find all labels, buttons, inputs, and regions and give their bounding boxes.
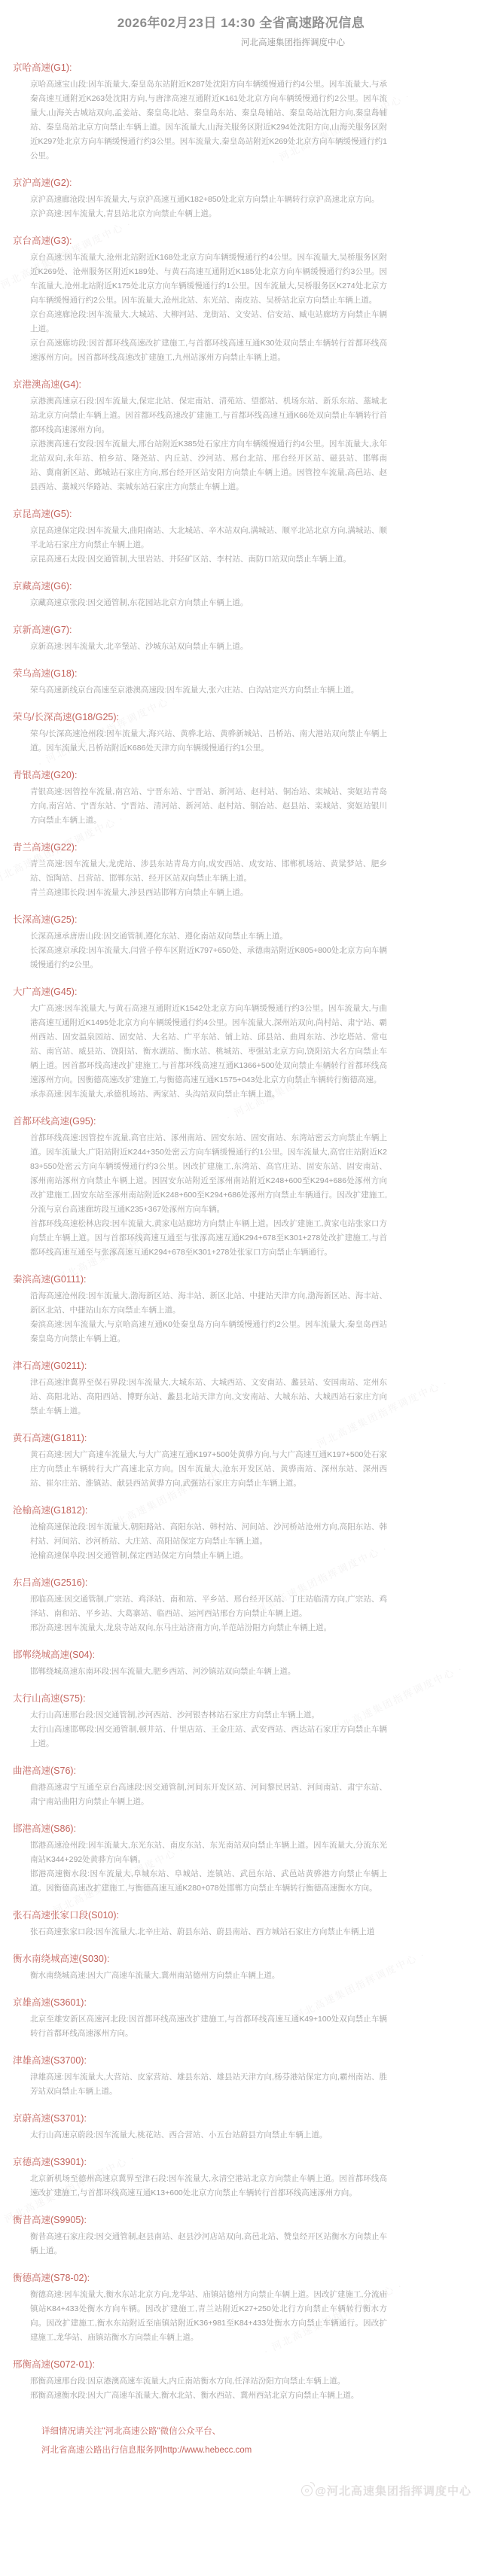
section-paragraph: 太行山高速京蔚段:因车流量大,桃花站、西合营站、小五台站蔚县方向禁止车辆上道。 [30,2128,387,2143]
highway-section: 东吕高速(G2516):邢临高速:因交通管制,广宗站、鸡泽站、南和站、平乡站、邢… [0,1575,482,1635]
section-paragraph: 曲港高速肃宁互通至京台高速段:因交通管制,河间东开发区站、河间黎民居站、河间南站… [30,1781,387,1809]
section-paragraph: 邢临高速:因交通管制,广宗站、鸡泽站、南和站、平乡站、邢台经开区站、丁庄站临清方… [30,1592,387,1621]
section-paragraph: 长深高速京承段:因车流量大,闫营子停车区附近K797+650处、承德南站附近K8… [30,944,387,972]
section-title: 衡水南绕城高速(S030): [13,1951,482,1965]
section-title: 秦滨高速(G0111): [13,1272,482,1285]
section-title: 东吕高速(G2516): [13,1575,482,1589]
section-title: 曲港高速(S76): [13,1763,482,1777]
section-title: 京沪高速(G2): [13,175,482,189]
highway-section: 京蔚高速(S3701):太行山高速京蔚段:因车流量大,桃花站、西合营站、小五台站… [0,2111,482,2143]
section-paragraph: 沿海高速沧州段:因车流量大,渤海新区站、海丰站、新区北站、中捷站天津方向,渤海新… [30,1289,387,1318]
section-paragraph: 京港澳高速石安段:因车流量大,邢台站附近K385处石家庄方向车辆缓慢通行约4公里… [30,437,387,494]
section-paragraph: 津石高速津冀界至保石界段:因车流量大,大城东站、大城西站、文安南站、蠡县站、安国… [30,1376,387,1419]
highway-section: 京港澳高速(G4):京港澳高速京石段:因车流量大,保定北站、保定南站、清苑站、望… [0,377,482,494]
section-title: 邯郸绕城高速(S04): [13,1647,482,1661]
section-title: 青兰高速(G22): [13,840,482,853]
section-title: 京德高速(S3901): [13,2155,482,2168]
section-paragraph: 承赤高速:因车流量大,承德机场站、两家站、头沟站双向禁止车辆上道。 [30,1087,387,1102]
highway-section: 邯港高速(S86):邯港高速沧州段:因车流量大,东光东站、南皮东站、东光南站双向… [0,1821,482,1896]
section-paragraph: 荣乌/长深高速沧州段:因车流量大,海兴站、黄骅北站、黄骅新城站、吕桥站、南大港站… [30,727,387,756]
highway-section: 衡水南绕城高速(S030):衡水南绕城高速:因大广高速车流量大,冀州南站德州方向… [0,1951,482,1983]
footer-website-link[interactable]: 河北省高速公路出行信息服务网http://www.hebecc.com [41,2441,482,2460]
section-paragraph: 黄石高速:因大广高速车流量大,与大广高速互通K197+500处黄骅方向,与大广高… [30,1448,387,1491]
section-paragraph: 衡德高速:因车流量大,衡水东站北京方向,龙华站、庙镇站德州方向禁止车辆上道。因改… [30,2288,387,2345]
section-paragraph: 首都环线高速松林店段:因车流量大,黄家屯站廊坊方向禁止车辆上道。因改扩建施工,黄… [30,1217,387,1260]
section-paragraph: 京昆高速保定段:因车流量大,曲阳南站、大北城站、辛木站双向,满城站、顺平北站北京… [30,524,387,552]
highway-section: 津雄高速(S3700):津雄高速:因车流量大,大营站、皮家营站、雄县东站、雄县站… [0,2053,482,2099]
sections-container: 京哈高速(G1):京哈高速宝山段:因车流量大,秦皇岛东站附近K287处沈阳方向车… [0,60,482,2403]
section-paragraph: 京新高速:因车流量大,北辛堡站、沙城东站双向禁止车辆上道。 [30,640,387,654]
section-paragraph: 邢衡高速邢台段:因京港澳高速车流量大,内丘南站衡水方向,任泽站汾阳方向禁止车辆上… [30,2374,387,2389]
section-paragraph: 青兰高速邯长段:因车流量大,涉县西站邯郸方向禁止车辆上道。 [30,886,387,900]
section-paragraph: 京沪高速:因车流量大,青县站北京方向禁止车辆上道。 [30,207,387,221]
section-paragraph: 邯郸绕城高速东南环段:因车流量大,肥乡西站、河沙镇站双向禁止车辆上道。 [30,1665,387,1679]
highway-section: 津石高速(G0211):津石高速津冀界至保石界段:因车流量大,大城东站、大城西站… [0,1358,482,1419]
section-paragraph: 京藏高速京张段:因交通管制,东花园站北京方向禁止车辆上道。 [30,596,387,610]
section-paragraph: 邢汾高速:因车流量大,龙泉寺站双向,东马庄站济南方向,羊范站汾阳方向禁止车辆上道… [30,1621,387,1635]
highway-section: 京新高速(G7):京新高速:因车流量大,北辛堡站、沙城东站双向禁止车辆上道。 [0,622,482,654]
highway-section: 京藏高速(G6):京藏高速京张段:因交通管制,东花园站北京方向禁止车辆上道。 [0,579,482,610]
section-title: 衡德高速(S78-02): [13,2270,482,2284]
highway-section: 京德高速(S3901):北京新机场至德州高速京冀界至津石段:因车流量大,永清空港… [0,2155,482,2200]
section-title: 京新高速(G7): [13,622,482,636]
section-paragraph: 北京新机场至德州高速京冀界至津石段:因车流量大,永清空港站北京方向禁止车辆上道。… [30,2172,387,2200]
section-title: 长深高速(G25): [13,912,482,926]
section-paragraph: 衡水南绕城高速:因大广高速车流量大,冀州南站德州方向禁止车辆上道。 [30,1969,387,1983]
section-paragraph: 沧榆高速保阜段:因交通管制,保定西站保定方向禁止车辆上道。 [30,1549,387,1563]
highway-section: 曲港高速(S76):曲港高速肃宁互通至京台高速段:因交通管制,河间东开发区站、河… [0,1763,482,1809]
highway-section: 邯郸绕城高速(S04):邯郸绕城高速东南环段:因车流量大,肥乡西站、河沙镇站双向… [0,1647,482,1679]
highway-section: 荣乌/长深高速(G18/G25):荣乌/长深高速沧州段:因车流量大,海兴站、黄骅… [0,710,482,756]
section-title: 沧榆高速(G1812): [13,1503,482,1516]
weibo-badge-watermark: @河北高速集团指挥调度中心 [0,2483,482,2498]
section-paragraph: 沧榆高速保沧段:因车流量大,朝阳路站、高阳东站、韩村站、河间站、沙河桥站沧州方向… [30,1520,387,1549]
section-title: 大广高速(G45): [13,984,482,998]
section-title: 京港澳高速(G4): [13,377,482,391]
issuer-subtitle: 河北高速集团指挥调度中心 [0,36,482,48]
section-title: 黄石高速(G1811): [13,1431,482,1444]
highway-section: 青兰高速(G22):青兰高速:因车流量大,龙虎站、涉县东站青岛方向,成安西站、成… [0,840,482,900]
highway-section: 沧榆高速(G1812):沧榆高速保沧段:因车流量大,朝阳路站、高阳东站、韩村站、… [0,1503,482,1563]
section-paragraph: 京港澳高速京石段:因车流量大,保定北站、保定南站、清苑站、望都站、机场东站、新乐… [30,394,387,437]
highway-section: 太行山高速(S75):太行山高速邢台段:因交通管制,沙河西站、沙河银杏林站石家庄… [0,1691,482,1751]
highway-section: 长深高速(G25):长深高速承唐唐山段:因交通管制,遵化东站、遵化南站双向禁止车… [0,912,482,972]
highway-section: 衡德高速(S78-02):衡德高速:因车流量大,衡水东站北京方向,龙华站、庙镇站… [0,2270,482,2345]
section-title: 津雄高速(S3700): [13,2053,482,2067]
section-paragraph: 京台高速廊沧段:因车流量大,大城站、大柳河站、龙街站、文安站、信安站、臧屯站廊坊… [30,308,387,336]
section-paragraph: 太行山高速邯郸段:因交通管制,顿井站、什里店站、王金庄站、武安西站、西达站石家庄… [30,1723,387,1751]
footer-note: 详细情况请关注"河北高速公路"微信公众平台、 [41,2422,482,2441]
highway-section: 京台高速(G3):京台高速:因车流量大,沧州北站附近K168处北京方向车辆缓慢通… [0,233,482,365]
section-title: 青银高速(G20): [13,768,482,781]
section-paragraph: 青兰高速:因车流量大,龙虎站、涉县东站青岛方向,成安西站、成安站、邯郸机场站、黄… [30,857,387,886]
section-title: 邢衡高速(S072-01): [13,2357,482,2371]
highway-section: 衡昔高速(S9905):衡昔高速石家庄段:因交通管制,赵县南站、赵县沙河店站双向… [0,2213,482,2258]
section-paragraph: 青银高速:因管控车流量,南宫站、宁晋东站、宁晋站、新河站、赵村站、铜冶站、栾城站… [30,785,387,828]
section-title: 衡昔高速(S9905): [13,2213,482,2226]
highway-section: 京沪高速(G2):京沪高速廊沧段:因车流量大,与京沪高速互通K182+850处北… [0,175,482,221]
section-paragraph: 荣乌高速新线京台高速至京港澳高速段:因车流量大,张六庄站、白沟站定兴方向禁止车辆… [30,683,387,698]
section-title: 京哈高速(G1): [13,60,482,74]
section-paragraph: 太行山高速邢台段:因交通管制,沙河西站、沙河银杏林站石家庄方向禁止车辆上道。 [30,1708,387,1723]
section-paragraph: 北京至雄安新区高速河北段:因首都环线高速改扩建施工,与首都环线高速互通K49+1… [30,2012,387,2041]
section-title: 荣乌高速(G18): [13,666,482,680]
section-paragraph: 长深高速承唐唐山段:因交通管制,遵化东站、遵化南站双向禁止车辆上道。 [30,929,387,944]
section-paragraph: 邯港高速沧州段:因车流量大,东光东站、南皮东站、东光南站双向禁止车辆上道。因车流… [30,1838,387,1867]
highway-section: 京昆高速(G5):京昆高速保定段:因车流量大,曲阳南站、大北城站、辛木站双向,满… [0,506,482,567]
section-title: 京昆高速(G5): [13,506,482,520]
section-title: 京藏高速(G6): [13,579,482,592]
section-paragraph: 秦滨高速:因车流量大,与京哈高速互通K0处秦皇岛方向车辆缓慢通行约2公里。因车流… [30,1318,387,1346]
section-title: 京台高速(G3): [13,233,482,247]
weibo-eye-icon [301,2485,313,2496]
weibo-badge-text: @河北高速集团指挥调度中心 [315,2485,471,2498]
highway-section: 张石高速张家口段(S010):张石高速张家口段:因车流量大,北辛庄站、蔚县东站、… [0,1908,482,1939]
highway-section: 京雄高速(S3601):北京至雄安新区高速河北段:因首都环线高速改扩建施工,与首… [0,1995,482,2041]
highway-section: 青银高速(G20):青银高速:因管控车流量,南宫站、宁晋东站、宁晋站、新河站、赵… [0,768,482,828]
page-title: 2026年02月23日 14:30 全省高速路况信息 [0,12,482,31]
section-title: 张石高速张家口段(S010): [13,1908,482,1921]
section-paragraph: 邢衡高速衡水段:因大广高速车流量大,衡水北站、衡水西站、冀州西站北京方向禁止车辆… [30,2389,387,2403]
road-conditions-bulletin: 2026年02月23日 14:30 全省高速路况信息 河北高速集团指挥调度中心 … [0,12,482,2498]
section-title: 津石高速(G0211): [13,1358,482,1372]
section-paragraph: 首都环线高速:因管控车流量,高官庄站、涿州南站、固安东站、固安南站、东湾站密云方… [30,1131,387,1217]
section-paragraph: 张石高速张家口段:因车流量大,北辛庄站、蔚县东站、蔚县南站、西方城站石家庄方向禁… [30,1925,387,1939]
section-title: 首都环线高速(G95): [13,1114,482,1127]
highway-section: 邢衡高速(S072-01):邢衡高速邢台段:因京港澳高速车流量大,内丘南站衡水方… [0,2357,482,2403]
highway-section: 秦滨高速(G0111):沿海高速沧州段:因车流量大,渤海新区站、海丰站、新区北站… [0,1272,482,1346]
section-paragraph: 京沪高速廊沧段:因车流量大,与京沪高速互通K182+850处北京方向禁止车辆转行… [30,193,387,207]
highway-section: 荣乌高速(G18):荣乌高速新线京台高速至京港澳高速段:因车流量大,张六庄站、白… [0,666,482,698]
section-paragraph: 京台高速:因车流量大,沧州北站附近K168处北京方向车辆缓慢通行约4公里。因车流… [30,251,387,308]
section-paragraph: 衡昔高速石家庄段:因交通管制,赵县南站、赵县沙河店站双向,高邑北站、赞皇经开区站… [30,2230,387,2258]
section-paragraph: 京哈高速宝山段:因车流量大,秦皇岛东站附近K287处沈阳方向车辆缓慢通行约4公里… [30,78,387,163]
highway-section: 黄石高速(G1811):黄石高速:因大广高速车流量大,与大广高速互通K197+5… [0,1431,482,1491]
section-paragraph: 京台高速廊坊段:因首都环线高速改扩建施工,与首都环线高速互通K30处双向禁止车辆… [30,336,387,365]
section-title: 荣乌/长深高速(G18/G25): [13,710,482,723]
section-paragraph: 邯港高速衡水段:因车流量大,阜城东站、阜城站、连镇站、武邑东站、武邑站黄骅港方向… [30,1867,387,1896]
section-title: 邯港高速(S86): [13,1821,482,1835]
section-paragraph: 大广高速:因车流量大,与黄石高速互通附近K1542处北京方向车辆缓慢通行约3公里… [30,1002,387,1087]
highway-section: 大广高速(G45):大广高速:因车流量大,与黄石高速互通附近K1542处北京方向… [0,984,482,1102]
section-paragraph: 津雄高速:因车流量大,大营站、皮家营站、雄县东站、雄县站天津方向,杨芬港站保定方… [30,2070,387,2099]
section-title: 京雄高速(S3601): [13,1995,482,2009]
highway-section: 首都环线高速(G95):首都环线高速:因管控车流量,高官庄站、涿州南站、固安东站… [0,1114,482,1260]
section-title: 太行山高速(S75): [13,1691,482,1705]
highway-section: 京哈高速(G1):京哈高速宝山段:因车流量大,秦皇岛东站附近K287处沈阳方向车… [0,60,482,163]
section-title: 京蔚高速(S3701): [13,2111,482,2124]
footer: 详细情况请关注"河北高速公路"微信公众平台、 河北省高速公路出行信息服务网htt… [0,2422,482,2460]
section-paragraph: 京昆高速石太段:因交通管制,大里岩站、井陉矿区站、李村站、南防口站双向禁止车辆上… [30,552,387,567]
